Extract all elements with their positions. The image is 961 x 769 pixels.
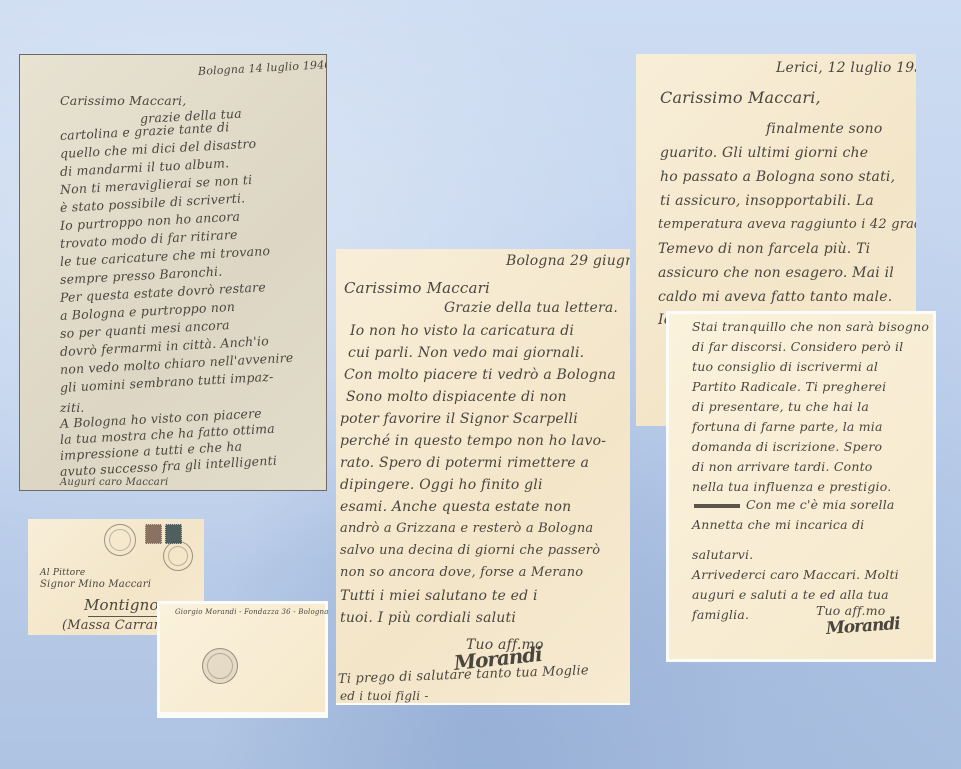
- envelope-back: Giorgio Morandi - Fondazza 36 - Bologna: [157, 601, 328, 718]
- letter-line: fortuna di farne parte, la mia: [692, 419, 883, 434]
- letter-3-page-2: Stai tranquillo che non sarà bisogno di …: [666, 311, 936, 662]
- letter-line: di presentare, tu che hai la: [692, 399, 869, 414]
- letter-line: andrò a Grizzana e resterò a Bologna: [340, 521, 593, 536]
- letter-line: perché in questo tempo non ho lavo-: [340, 433, 606, 449]
- letter-line: di non arrivare tardi. Conto: [692, 459, 873, 474]
- envelope-address-line: Signor Mino Maccari: [40, 579, 151, 590]
- letter-line: salutarvi.: [692, 547, 753, 562]
- letter-line: nella tua influenza e prestigio.: [692, 479, 891, 494]
- postmark-icon: [202, 648, 238, 684]
- letter-line: Con me c'è mia sorella: [746, 497, 895, 512]
- letter-line: tuoi. I più cordiali saluti: [340, 610, 516, 626]
- envelope-sender: Giorgio Morandi - Fondazza 36 - Bologna: [175, 608, 328, 616]
- letter-salutation: Carissimo Maccari,: [60, 93, 186, 108]
- letter-line: caldo mi aveva fatto tanto male.: [658, 289, 892, 305]
- letter-date: Bologna 14 luglio 1946: [198, 58, 327, 78]
- crossed-out-word: [694, 504, 740, 508]
- letter-date: Bologna 29 giugno 1949: [506, 253, 630, 269]
- letter-line: domanda di iscrizione. Spero: [692, 439, 882, 454]
- letter-signature: Morandi: [825, 614, 900, 639]
- letter-line: ti assicuro, insopportabili. La: [660, 193, 874, 209]
- letter-line: di far discorsi. Considero però il: [692, 339, 903, 354]
- letter-line: temperatura aveva raggiunto i 42 gradi: [658, 217, 916, 232]
- letter-line: finalmente sono: [766, 121, 883, 137]
- letter-line: dipingere. Oggi ho finito gli: [340, 477, 543, 493]
- letter-line: poter favorire il Signor Scarpelli: [340, 411, 578, 427]
- letter-line: Stai tranquillo che non sarà bisogno: [692, 319, 929, 334]
- letter-line: ziti.: [60, 400, 85, 415]
- letter-line: non so ancora dove, forse a Merano: [340, 565, 583, 580]
- stamp-brown-icon: [145, 524, 162, 544]
- letter-line: ho passato a Bologna sono stati,: [660, 169, 895, 185]
- postmark-icon: [104, 524, 136, 556]
- letter-line: Io non ho visto la caricatura di: [350, 323, 574, 339]
- letter-postscript: ed i tuoi figli -: [340, 689, 429, 703]
- letter-line: Arrivederci caro Maccari. Molti: [692, 567, 899, 582]
- letter-1: Bologna 14 luglio 1946 Carissimo Maccari…: [19, 54, 327, 491]
- envelope-address-line: Al Pittore: [40, 568, 85, 578]
- letter-salutation: Carissimo Maccari,: [660, 88, 821, 107]
- letter-date: Lerici, 12 luglio 1957: [776, 60, 916, 76]
- letter-line: tuo consiglio di iscrivermi al: [692, 359, 878, 374]
- letter-salutation: Carissimo Maccari: [344, 279, 490, 297]
- letter-line: Auguri caro Maccari: [60, 477, 168, 488]
- letter-line: guarito. Gli ultimi giorni che: [660, 145, 868, 161]
- letter-line: Sono molto dispiacente di non: [346, 389, 567, 405]
- letter-line: Annetta che mi incarica di: [692, 517, 864, 532]
- letter-line: esami. Anche questa estate non: [340, 499, 571, 515]
- letter-line: assicuro che non esagero. Mai il: [658, 265, 894, 281]
- letter-line: Partito Radicale. Ti pregherei: [692, 379, 886, 394]
- letter-line: Grazie della tua lettera.: [444, 300, 618, 316]
- letter-line: cui parli. Non vedo mai giornali.: [348, 345, 584, 361]
- letter-line: rato. Spero di potermi rimettere a: [340, 455, 589, 471]
- letter-line: Temevo di non farcela più. Ti: [658, 241, 870, 257]
- postmark-icon: [163, 541, 193, 571]
- letter-line: Con molto piacere ti vedrò a Bologna: [344, 367, 616, 383]
- letter-line: auguri e saluti a te ed alla tua: [692, 587, 889, 602]
- letter-2: Bologna 29 giugno 1949 Carissimo Maccari…: [336, 249, 630, 705]
- letter-line: Tutti i miei salutano te ed i: [340, 588, 538, 604]
- letter-line: salvo una decina di giorni che passerò: [340, 543, 600, 558]
- letter-postscript: Ti prego di salutare tanto tua Moglie: [338, 663, 589, 687]
- letter-line: famiglia.: [692, 607, 749, 622]
